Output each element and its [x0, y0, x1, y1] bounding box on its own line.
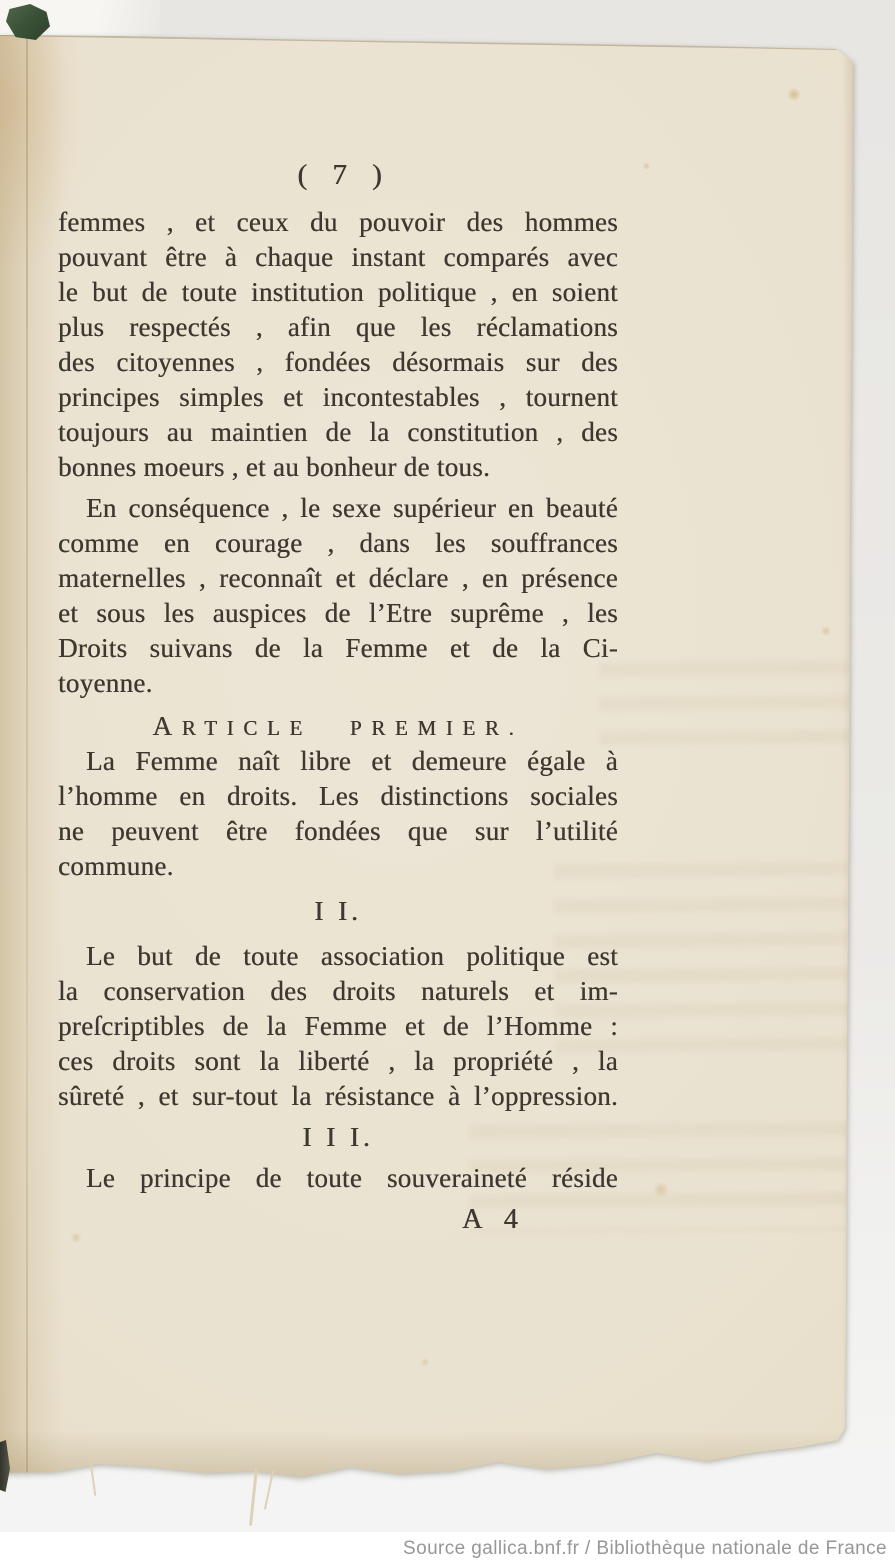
show-through-text-ghost	[600, 649, 851, 746]
text-line: toyenne.	[58, 666, 618, 701]
text-line: l’homme en droits. Les distinctions soci…	[58, 779, 618, 814]
paragraph: Le but de toute association politique es…	[58, 939, 618, 1114]
text-line: comme en courage , dans les souffrances	[58, 526, 618, 561]
text-line: la conservation des droits naturels et i…	[58, 974, 618, 1009]
text-line: La Femme naît libre et demeure égale à	[58, 744, 618, 779]
heading-article-ii: I I.	[58, 894, 618, 929]
signature-mark: A 4	[58, 1202, 618, 1237]
paragraph: En conséquence , le sexe supérieur en be…	[58, 491, 618, 701]
text-line: et sous les auspices de l’Etre suprême ,…	[58, 596, 618, 631]
foxing-spot	[420, 1358, 430, 1367]
text-line: Droits suivans de la Femme et de la Ci-	[58, 631, 618, 666]
text-line: preſcriptibles de la Femme et de l’Homme…	[58, 1009, 618, 1044]
page-bottom-edge-shade	[0, 1430, 860, 1482]
foxing-spot	[786, 88, 802, 101]
paragraph: femmes , et ceux du pouvoir des hommes p…	[58, 205, 618, 485]
source-attribution-label: Source gallica.bnf.fr / Bibliothèque nat…	[403, 1538, 887, 1559]
text-line: commune.	[58, 849, 618, 884]
text-line: En conséquence , le sexe supérieur en be…	[58, 491, 618, 526]
text-line: sûreté , et sur-tout la résistance à l’o…	[58, 1079, 618, 1114]
text-line: plus respectés , afin que les réclamatio…	[58, 310, 618, 345]
book-page: ( 7 ) femmes , et ceux du pouvoir des ho…	[0, 0, 860, 1482]
text-column: ( 7 ) femmes , et ceux du pouvoir des ho…	[58, 0, 618, 1237]
gallica-source-bar: Source gallica.bnf.fr / Bibliothèque nat…	[0, 1532, 895, 1566]
text-line: le but de toute institution politique , …	[58, 275, 618, 310]
text-line: ces droits sont la liberté , la propriét…	[58, 1044, 618, 1079]
text-line: ne peuvent être fondées que sur l’utilit…	[58, 814, 618, 849]
text-line: toujours au maintien de la constitution …	[58, 415, 618, 450]
text-line: bonnes moeurs , et au bonheur de tous.	[58, 450, 618, 485]
text-line: maternelles , reconnaît et déclare , en …	[58, 561, 618, 596]
foxing-spot	[642, 162, 651, 170]
paragraph: La Femme naît libre et demeure égale à l…	[58, 744, 618, 884]
text-line: Le but de toute association politique es…	[58, 939, 618, 974]
page-number-header: ( 7 )	[58, 158, 618, 193]
text-line: des citoyennes , fondées désormais sur d…	[58, 345, 618, 380]
text-line: femmes , et ceux du pouvoir des hommes	[58, 205, 618, 240]
foxing-spot	[652, 1182, 670, 1197]
text-line: Le principe de toute souveraineté réside	[58, 1161, 618, 1196]
text-line: principes simples et incontestables , to…	[58, 380, 618, 415]
heading-article-iii: I I I.	[58, 1120, 618, 1155]
foxing-spot	[820, 626, 832, 636]
heading-article-premier: ARTICLE PREMIER.	[58, 709, 618, 744]
paragraph: Le principe de toute souveraineté réside	[58, 1161, 618, 1196]
scan-background: ( 7 ) femmes , et ceux du pouvoir des ho…	[0, 0, 895, 1566]
book-page-wrap: ( 7 ) femmes , et ceux du pouvoir des ho…	[0, 0, 860, 1482]
text-line: pouvant être à chaque instant comparés a…	[58, 240, 618, 275]
